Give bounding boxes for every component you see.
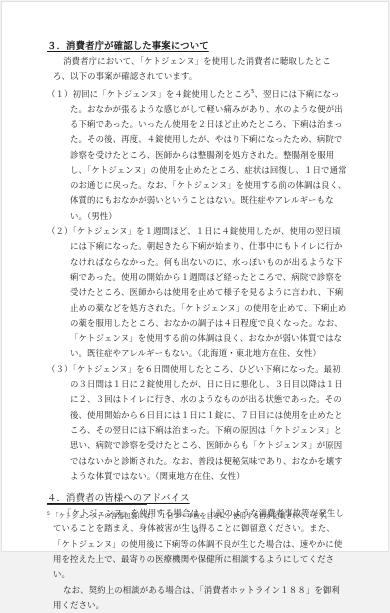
case-3: （３）「ケトジェンヌ」を６日間使用したところ、ひどい下痢になった。最初の３日間は… — [47, 362, 347, 484]
section-3-heading: ３．消費者庁が確認した事案について — [47, 40, 347, 54]
page-number: 3 — [2, 526, 390, 535]
case-2-label: （２） — [47, 226, 73, 236]
case-1-text-a: 初回に「ケトジェンヌ」を４錠使用したところ — [73, 88, 252, 98]
footnote: 5 「ケトジェンヌ」の容器包装には、「１日２～４粒を目安に」使用する旨が記載され… — [47, 510, 347, 521]
case-1-label: （１） — [47, 88, 73, 98]
footnote-text: 「ケトジェンヌ」の容器包装には、「１日２～４粒を目安に」使用する旨が記載されてい… — [52, 512, 331, 520]
section-3-intro: 消費者庁において、「ケトジェンヌ」を使用した消費者に聴取したところ、以下の事案が… — [47, 54, 347, 85]
case-1-text-b: 、翌日には下痢になった。おなかが張るような感じがして軽い痛みがあり、水のような便… — [70, 88, 347, 220]
page-content: ３．消費者庁が確認した事案について 消費者庁において、「ケトジェンヌ」を使用した… — [47, 40, 347, 553]
case-2: （２）「ケトジェンヌ」を１週間ほど、１日に４錠使用したが、使用の翌日頃には下痢に… — [47, 224, 347, 362]
case-2-text: 「ケトジェンヌ」を１週間ほど、１日に４錠使用したが、使用の翌日頃には下痢になった… — [70, 226, 346, 358]
document-page: ３．消費者庁が確認した事案について 消費者庁において、「ケトジェンヌ」を使用した… — [1, 1, 389, 552]
case-3-text: 「ケトジェンヌ」を６日間使用したところ、ひどい下痢になった。最初の３日間は１日に… — [70, 364, 343, 481]
footnote-divider — [47, 504, 147, 505]
case-1: （１）初回に「ケトジェンヌ」を４錠使用したところ5、翌日には下痢になった。おなか… — [47, 85, 347, 224]
case-3-label: （３） — [47, 364, 73, 374]
footnote-number: 5 — [47, 512, 50, 517]
